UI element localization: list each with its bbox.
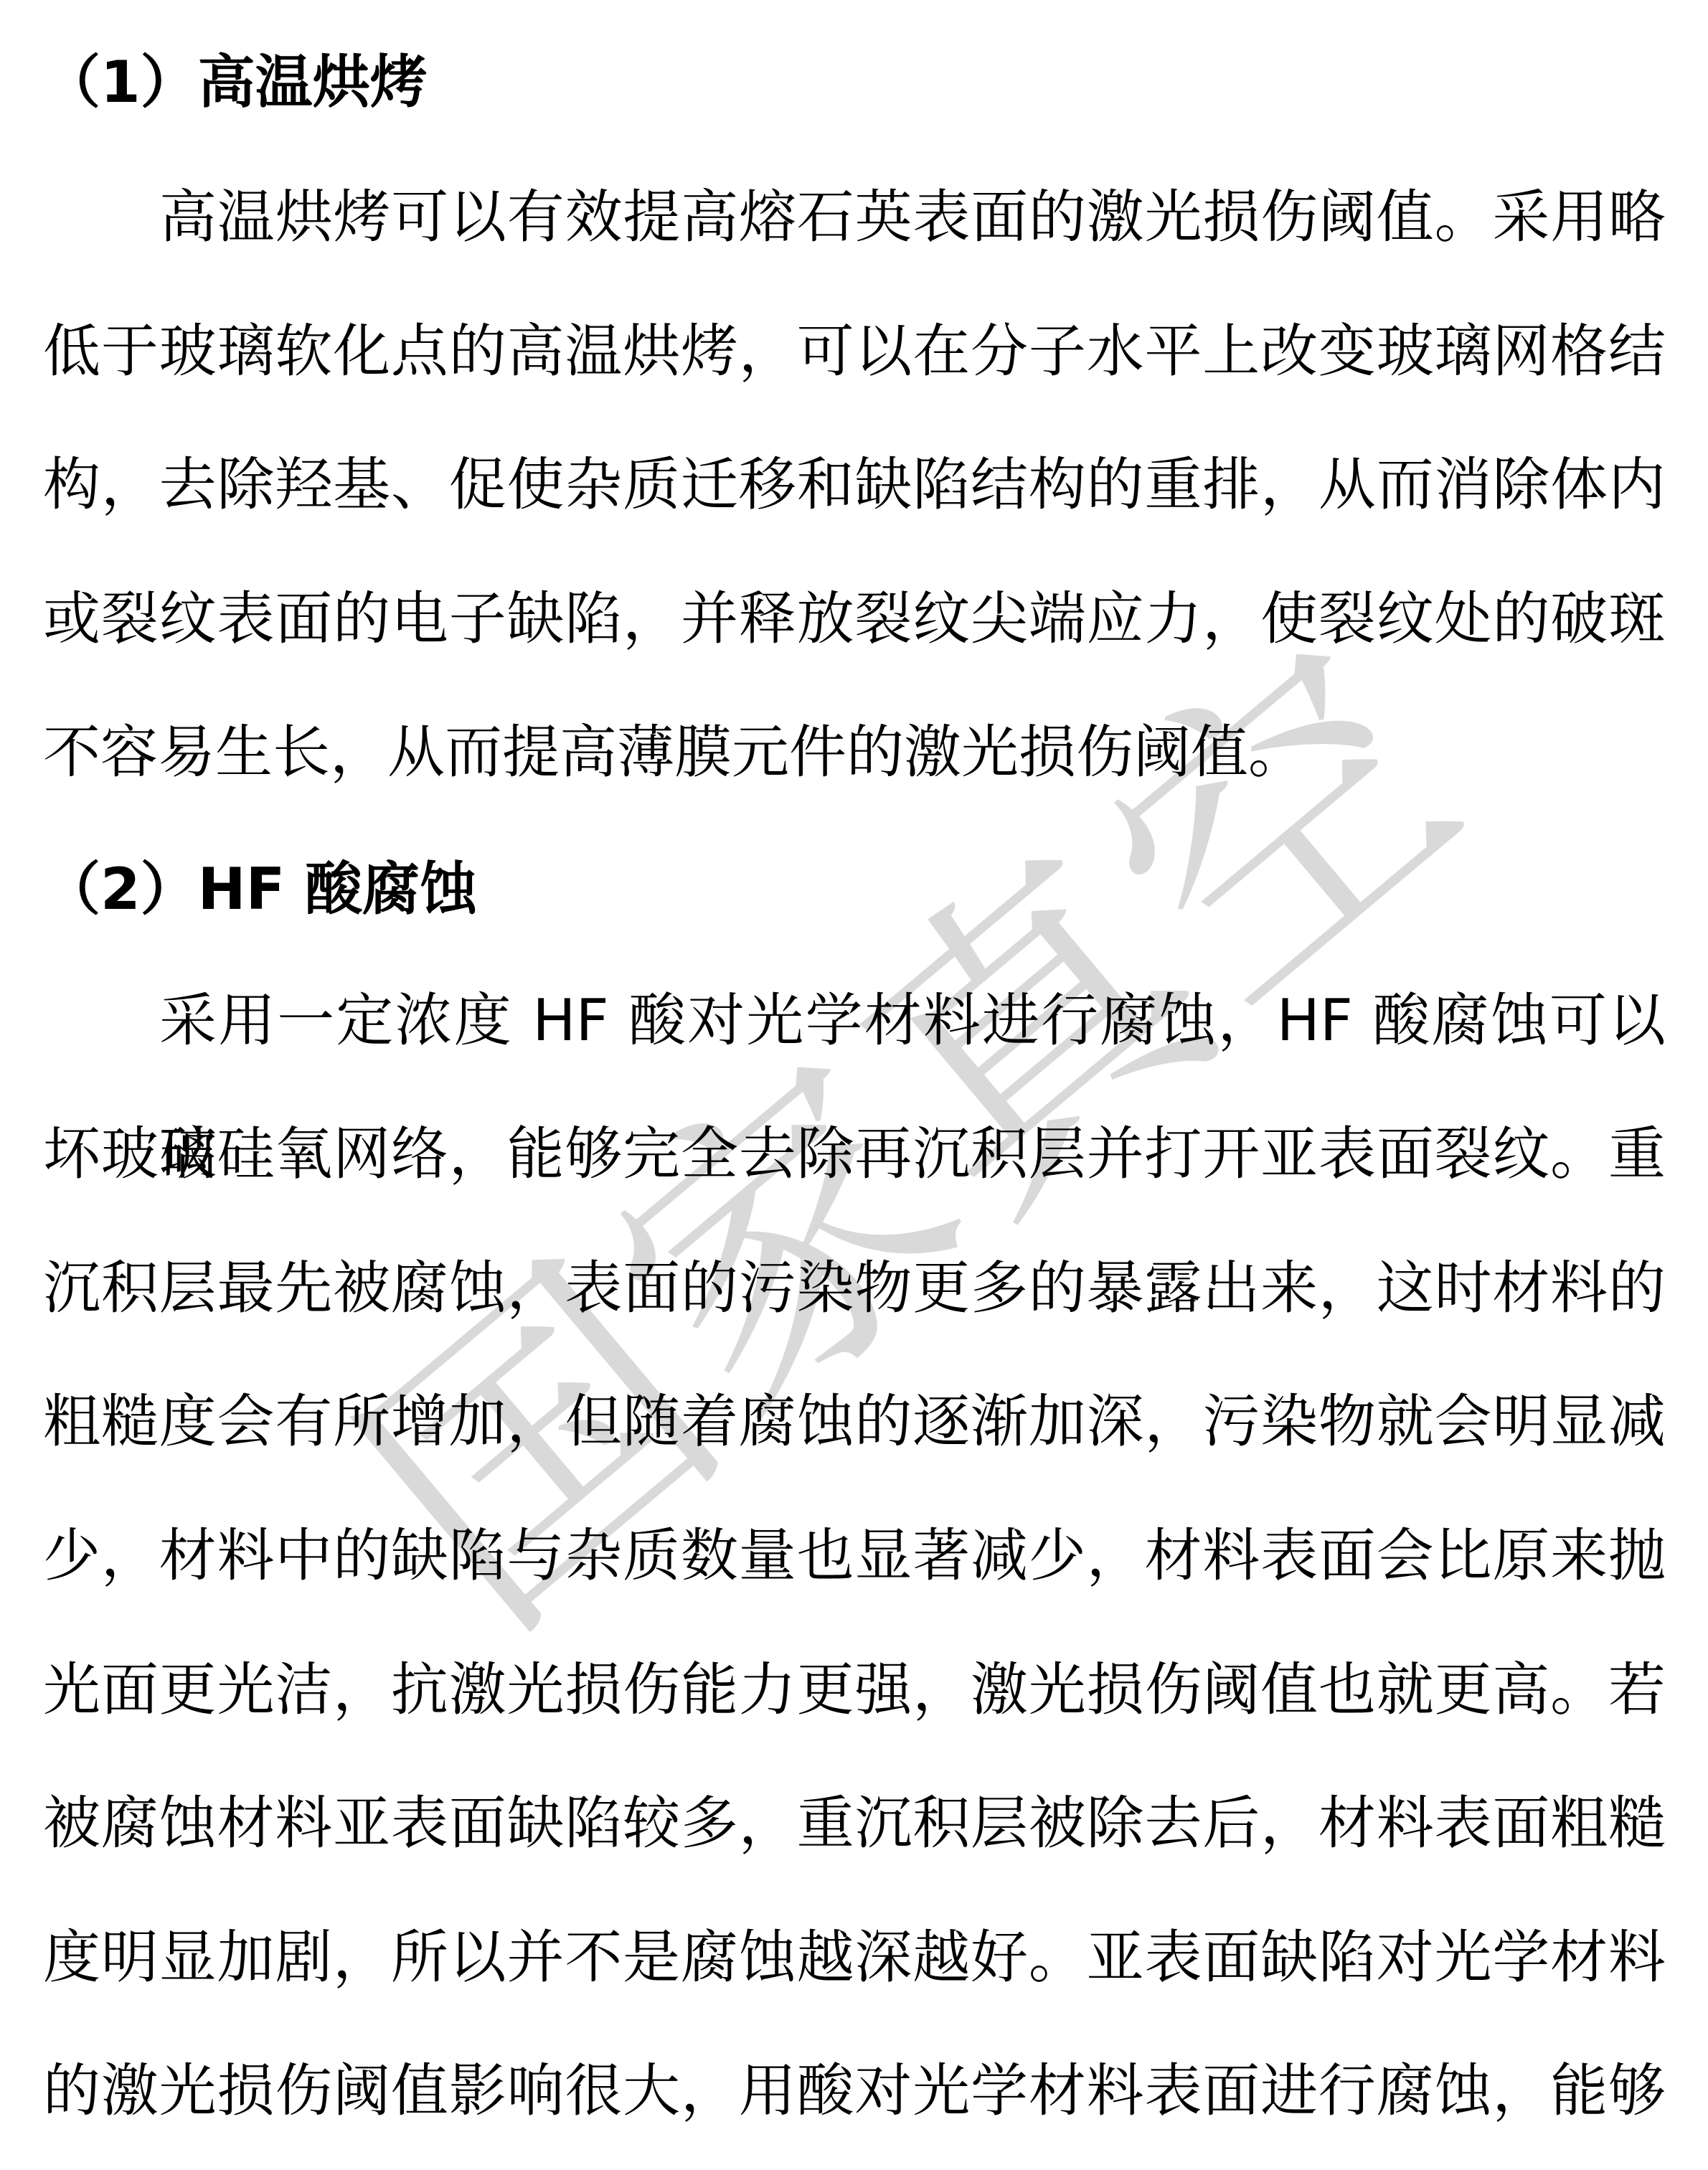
paragraph-line: 光面更光洁，抗激光损伤能力更强，激光损伤阈值也就更高。若 <box>43 1623 1666 1757</box>
section-heading-1: （1）高温烘烤 <box>43 16 1666 149</box>
paragraph-line: 低于玻璃软化点的高温烘烤，可以在分子水平上改变玻璃网格结 <box>43 285 1666 418</box>
paragraph-line: 或裂纹表面的电子缺陷，并释放裂纹尖端应力，使裂纹处的破斑 <box>43 552 1666 686</box>
paragraph-line: 高温烘烤可以有效提高熔石英表面的激光损伤阈值。采用略 <box>43 151 1666 284</box>
section-heading-2: （2）HF 酸腐蚀 <box>43 823 1666 956</box>
paragraph-line: 少，材料中的缺陷与杂质数量也显著减少，材料表面会比原来抛 <box>43 1489 1666 1623</box>
paragraph-line: 坏玻璃硅氧网络，能够完全去除再沉积层并打开亚表面裂纹。重 <box>43 1088 1666 1221</box>
paragraph-line: 的激光损伤阈值影响很大，用酸对光学材料表面进行腐蚀，能够 <box>43 2024 1666 2158</box>
document-page: （1）高温烘烤 高温烘烤可以有效提高熔石英表面的激光损伤阈值。采用略 低于玻璃软… <box>0 0 1708 2170</box>
paragraph-line: 被腐蚀材料亚表面缺陷较多，重沉积层被除去后，材料表面粗糙 <box>43 1757 1666 1890</box>
paragraph-line: 度明显加剧，所以并不是腐蚀越深越好。亚表面缺陷对光学材料 <box>43 1891 1666 2024</box>
paragraph-line: 沉积层最先被腐蚀，表面的污染物更多的暴露出来，这时材料的 <box>43 1222 1666 1355</box>
paragraph-line: 构，去除羟基、促使杂质迁移和缺陷结构的重排，从而消除体内 <box>43 418 1666 552</box>
paragraph-line: 不容易生长，从而提高薄膜元件的激光损伤阈值。 <box>43 686 1666 819</box>
paragraph-line: 粗糙度会有所增加，但随着腐蚀的逐渐加深，污染物就会明显减 <box>43 1355 1666 1489</box>
paragraph-line: 采用一定浓度 HF 酸对光学材料进行腐蚀，HF 酸腐蚀可以破 <box>43 954 1666 1088</box>
